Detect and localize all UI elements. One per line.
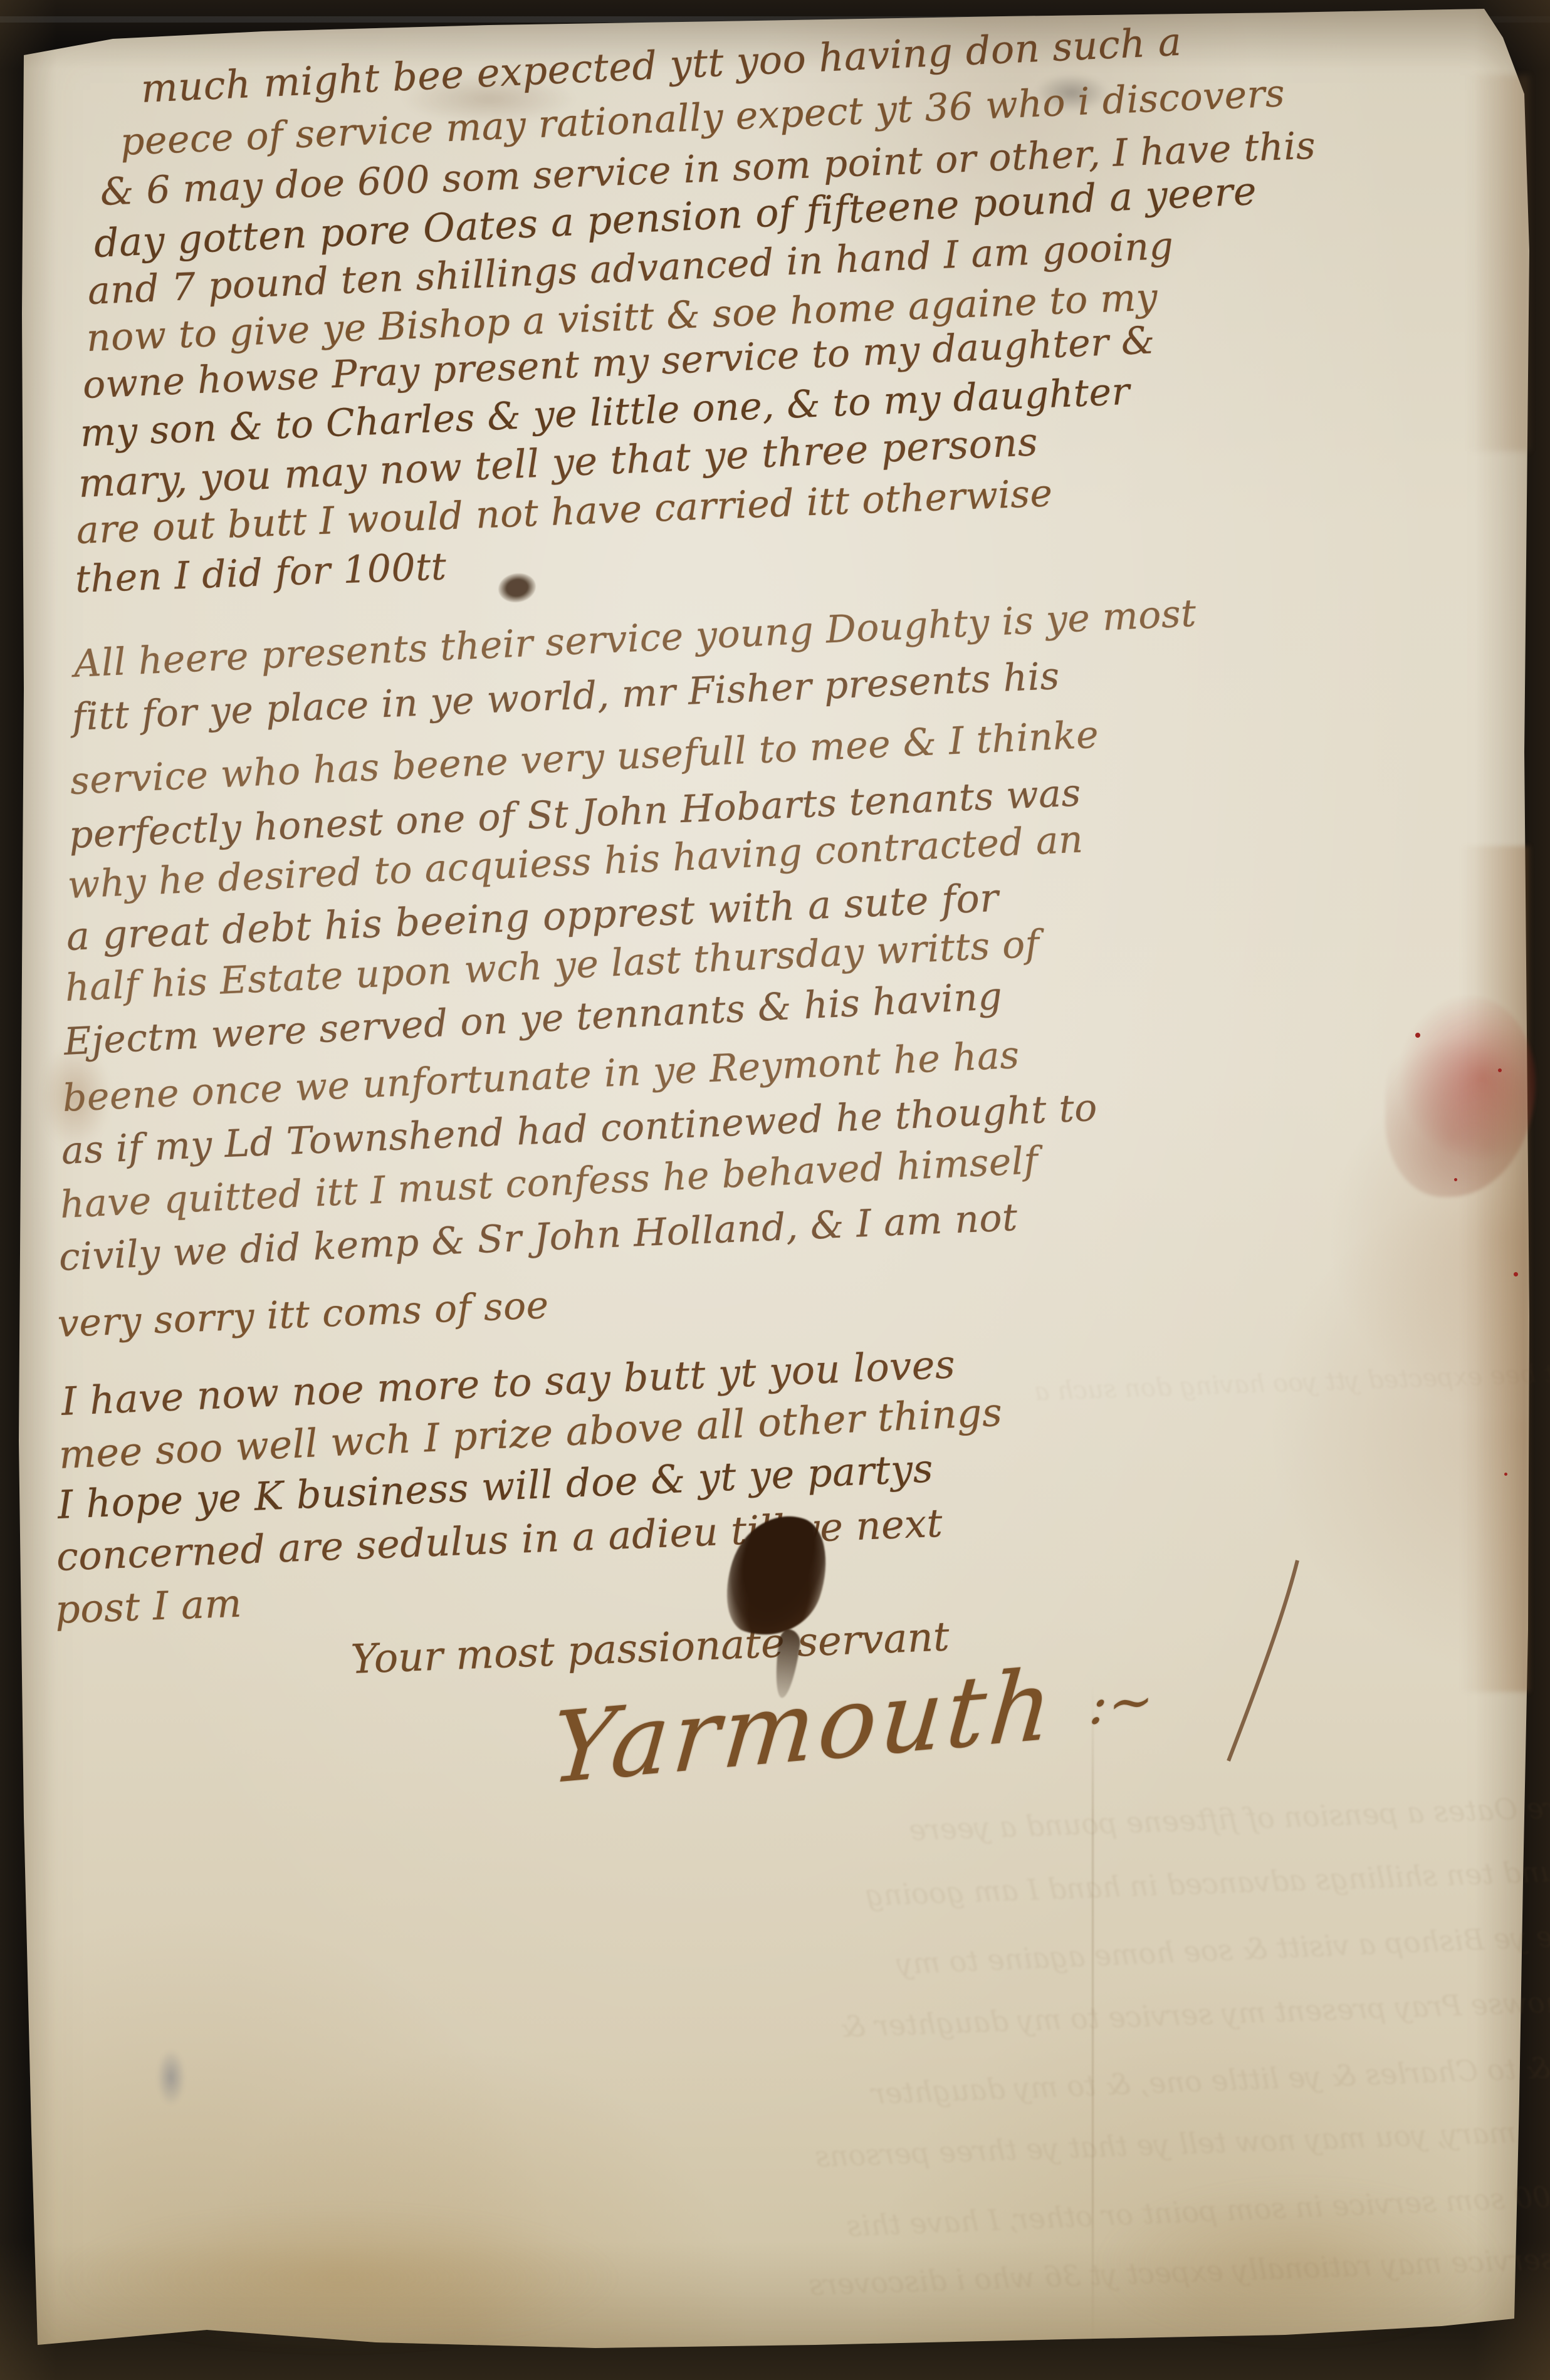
manuscript-line: post I am bbox=[55, 1580, 243, 1632]
photograph-canvas: much might bee expected ytt yoo having d… bbox=[0, 0, 1550, 2380]
signature-flourish: :~ bbox=[1087, 1669, 1158, 1737]
red-speck bbox=[1514, 1272, 1518, 1276]
red-speck bbox=[1504, 1473, 1507, 1476]
red-speck bbox=[1415, 1033, 1420, 1038]
red-speck bbox=[1454, 1178, 1457, 1181]
red-speck bbox=[1498, 1068, 1502, 1072]
pen-flourish bbox=[1191, 1554, 1329, 1767]
